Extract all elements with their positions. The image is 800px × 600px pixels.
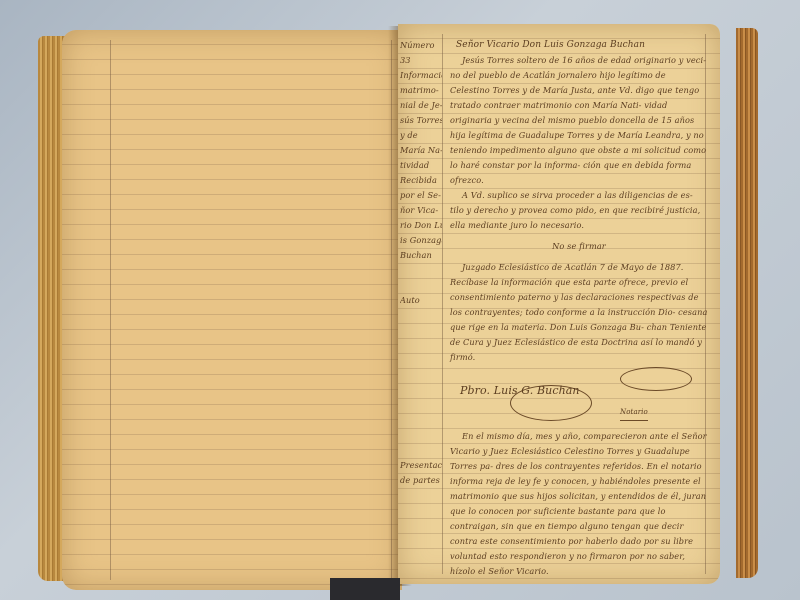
margin-note: tividad (400, 158, 442, 173)
margin-note: sús Torres (400, 113, 442, 128)
margin-note: rio Don Lu- (400, 218, 442, 233)
manuscript-body: Señor Vicario Don Luis Gonzaga Buchan Je… (450, 38, 708, 579)
page-edges-right (736, 28, 758, 578)
margin-note: matrimo- (400, 83, 442, 98)
margin-notes: Número 33 Información matrimo- nial de J… (400, 38, 442, 488)
margin-note: Buchan (400, 248, 442, 263)
signature-block: Pbro. Luis G. Buchan Notario (450, 365, 708, 429)
margin-note: por el Se- (400, 188, 442, 203)
left-page-blank (62, 30, 402, 590)
margin-note: 33 (400, 53, 442, 68)
margin-note: Recibida (400, 173, 442, 188)
margin-note: is Gonzaga (400, 233, 442, 248)
signature-flourish (620, 367, 692, 391)
margin-note-presentacion: Presentación (400, 458, 442, 473)
petition-request-paragraph: A Vd. suplico se sirva proceder a las di… (450, 188, 708, 233)
petition-paragraph: Jesús Torres soltero de 16 años de edad … (450, 53, 708, 188)
margin-note: María Na- (400, 143, 442, 158)
margin-note: y de (400, 128, 442, 143)
book-strap (330, 578, 400, 600)
signature-vicar: Pbro. Luis G. Buchan (460, 383, 580, 398)
presentation-paragraph: En el mismo día, mes y año, compareciero… (450, 429, 708, 579)
signature-notary: Notario (620, 405, 648, 421)
margin-note-auto: Auto (400, 293, 442, 308)
open-ledger-book: Número 33 Información matrimo- nial de J… (38, 18, 758, 588)
entry-title: Señor Vicario Don Luis Gonzaga Buchan (456, 38, 708, 53)
margin-rule (110, 40, 111, 580)
margin-note-partes: de partes (400, 473, 442, 488)
margin-rule (442, 34, 443, 574)
margin-note: nial de Je- (400, 98, 442, 113)
margin-note: Información (400, 68, 442, 83)
section-heading: No se firmar (450, 239, 708, 254)
margin-note: Número (400, 38, 442, 53)
auto-paragraph: Juzgado Eclesiástico de Acatlán 7 de May… (450, 260, 708, 365)
margin-note: ñor Vica- (400, 203, 442, 218)
right-page-manuscript: Número 33 Información matrimo- nial de J… (398, 24, 720, 584)
